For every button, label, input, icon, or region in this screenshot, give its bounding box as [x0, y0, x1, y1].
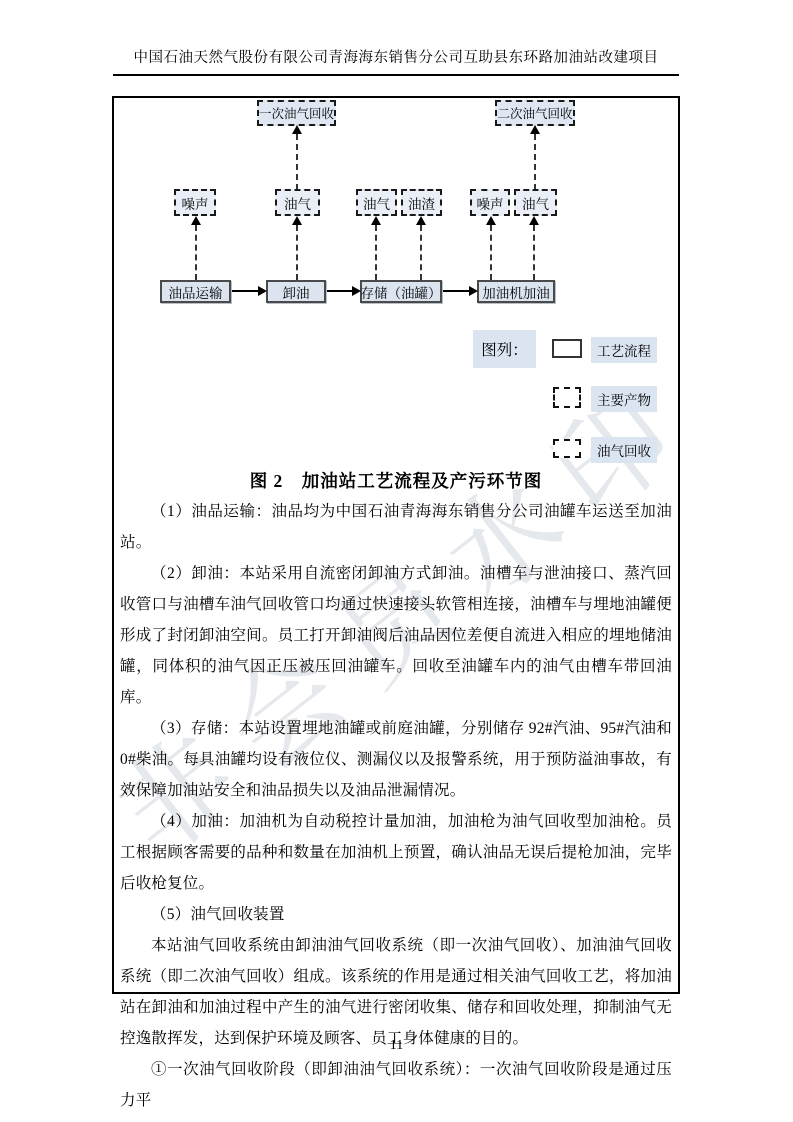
- paragraph-primary-recovery: ①一次油气回收阶段（即卸油油气回收系统）：一次油气回收阶段是通过压力平: [120, 1054, 672, 1116]
- node-vapor-1: 油气: [275, 189, 320, 216]
- arrow-right-icon: [352, 286, 361, 296]
- node-noise-2: 噪声: [470, 189, 510, 216]
- arrow-up-icon: [416, 216, 426, 225]
- arrow-up-icon: [371, 216, 381, 225]
- arrow-right-icon: [469, 286, 478, 296]
- node-oil-transport: 油品运输: [160, 280, 231, 303]
- document-page: { "page": { "header": "中国石油天然气股份有限公司青海海东…: [0, 0, 793, 1122]
- node-primary-vapor-recovery: 一次油气回收: [257, 100, 336, 126]
- paragraph-recovery-overview: 本站油气回收系统由卸油油气回收系统（即一次油气回收）、加油油气回收系统（即二次油…: [120, 930, 672, 1054]
- paragraph-oil-transport: （1）油品运输：油品均为中国石油青海海东销售分公司油罐车运送至加油站。: [120, 496, 672, 558]
- legend-swatch-product: [553, 387, 581, 408]
- connector-dashed: [534, 134, 536, 190]
- connector-dashed: [490, 225, 492, 280]
- paragraph-storage: （3）存储：本站设置埋地油罐或前庭油罐，分别储存 92#汽油、95#汽油和 0#…: [120, 713, 672, 806]
- arrow-up-icon: [486, 216, 496, 225]
- paragraph-fueling: （4）加油：加油机为自动税控计量加油，加油枪为油气回收型加油枪。员工根据顾客需要…: [120, 806, 672, 899]
- connector-solid: [231, 290, 260, 292]
- node-noise-1: 噪声: [174, 189, 216, 216]
- node-unloading: 卸油: [266, 280, 326, 303]
- legend-swatch-recovery: [553, 439, 581, 458]
- arrow-up-icon: [191, 216, 201, 225]
- legend-label-process: 工艺流程: [591, 337, 657, 363]
- node-dispenser-fueling: 加油机加油: [477, 280, 555, 303]
- node-storage-tank: 存储（油罐）: [360, 280, 442, 303]
- connector-dashed: [296, 225, 298, 280]
- connector-solid: [326, 290, 354, 292]
- connector-dashed: [533, 225, 535, 280]
- node-secondary-vapor-recovery: 二次油气回收: [495, 100, 575, 126]
- paragraph-unloading: （2）卸油：本站采用自流密闭卸油方式卸油。油槽车与泄油接口、蒸汽回收管口与油槽车…: [120, 558, 672, 713]
- connector-dashed: [195, 225, 197, 280]
- connector-dashed: [375, 225, 377, 280]
- node-vapor-2: 油气: [356, 189, 397, 216]
- legend-swatch-process: [552, 339, 582, 358]
- content-frame: 一次油气回收 二次油气回收 噪声 油气 油气 油渣 噪声 油气 油品运输 卸油 …: [112, 96, 680, 994]
- paragraph-recovery-heading: （5）油气回收装置: [120, 899, 672, 930]
- connector-dashed: [420, 225, 422, 280]
- process-flow-diagram: 一次油气回收 二次油气回收 噪声 油气 油气 油渣 噪声 油气 油品运输 卸油 …: [114, 98, 678, 467]
- page-number: 11: [0, 1038, 793, 1054]
- figure-caption: 图 2 加油站工艺流程及产污环节图: [114, 468, 678, 493]
- arrow-up-icon: [530, 125, 540, 134]
- document-header: 中国石油天然气股份有限公司青海海东销售分公司互助县东环路加油站改建项目: [113, 46, 679, 76]
- node-oil-residue: 油渣: [401, 189, 442, 216]
- arrow-up-icon: [292, 125, 302, 134]
- arrow-up-icon: [529, 216, 539, 225]
- legend-label-recovery: 油气回收: [591, 437, 657, 463]
- body-text: （1）油品运输：油品均为中国石油青海海东销售分公司油罐车运送至加油站。 （2）卸…: [114, 496, 678, 1116]
- legend-label-product: 主要产物: [591, 386, 657, 412]
- node-vapor-3: 油气: [514, 189, 557, 216]
- legend-title: 图列：: [473, 330, 536, 368]
- connector-solid: [442, 290, 471, 292]
- arrow-right-icon: [258, 286, 267, 296]
- connector-dashed: [296, 134, 298, 190]
- arrow-up-icon: [292, 216, 302, 225]
